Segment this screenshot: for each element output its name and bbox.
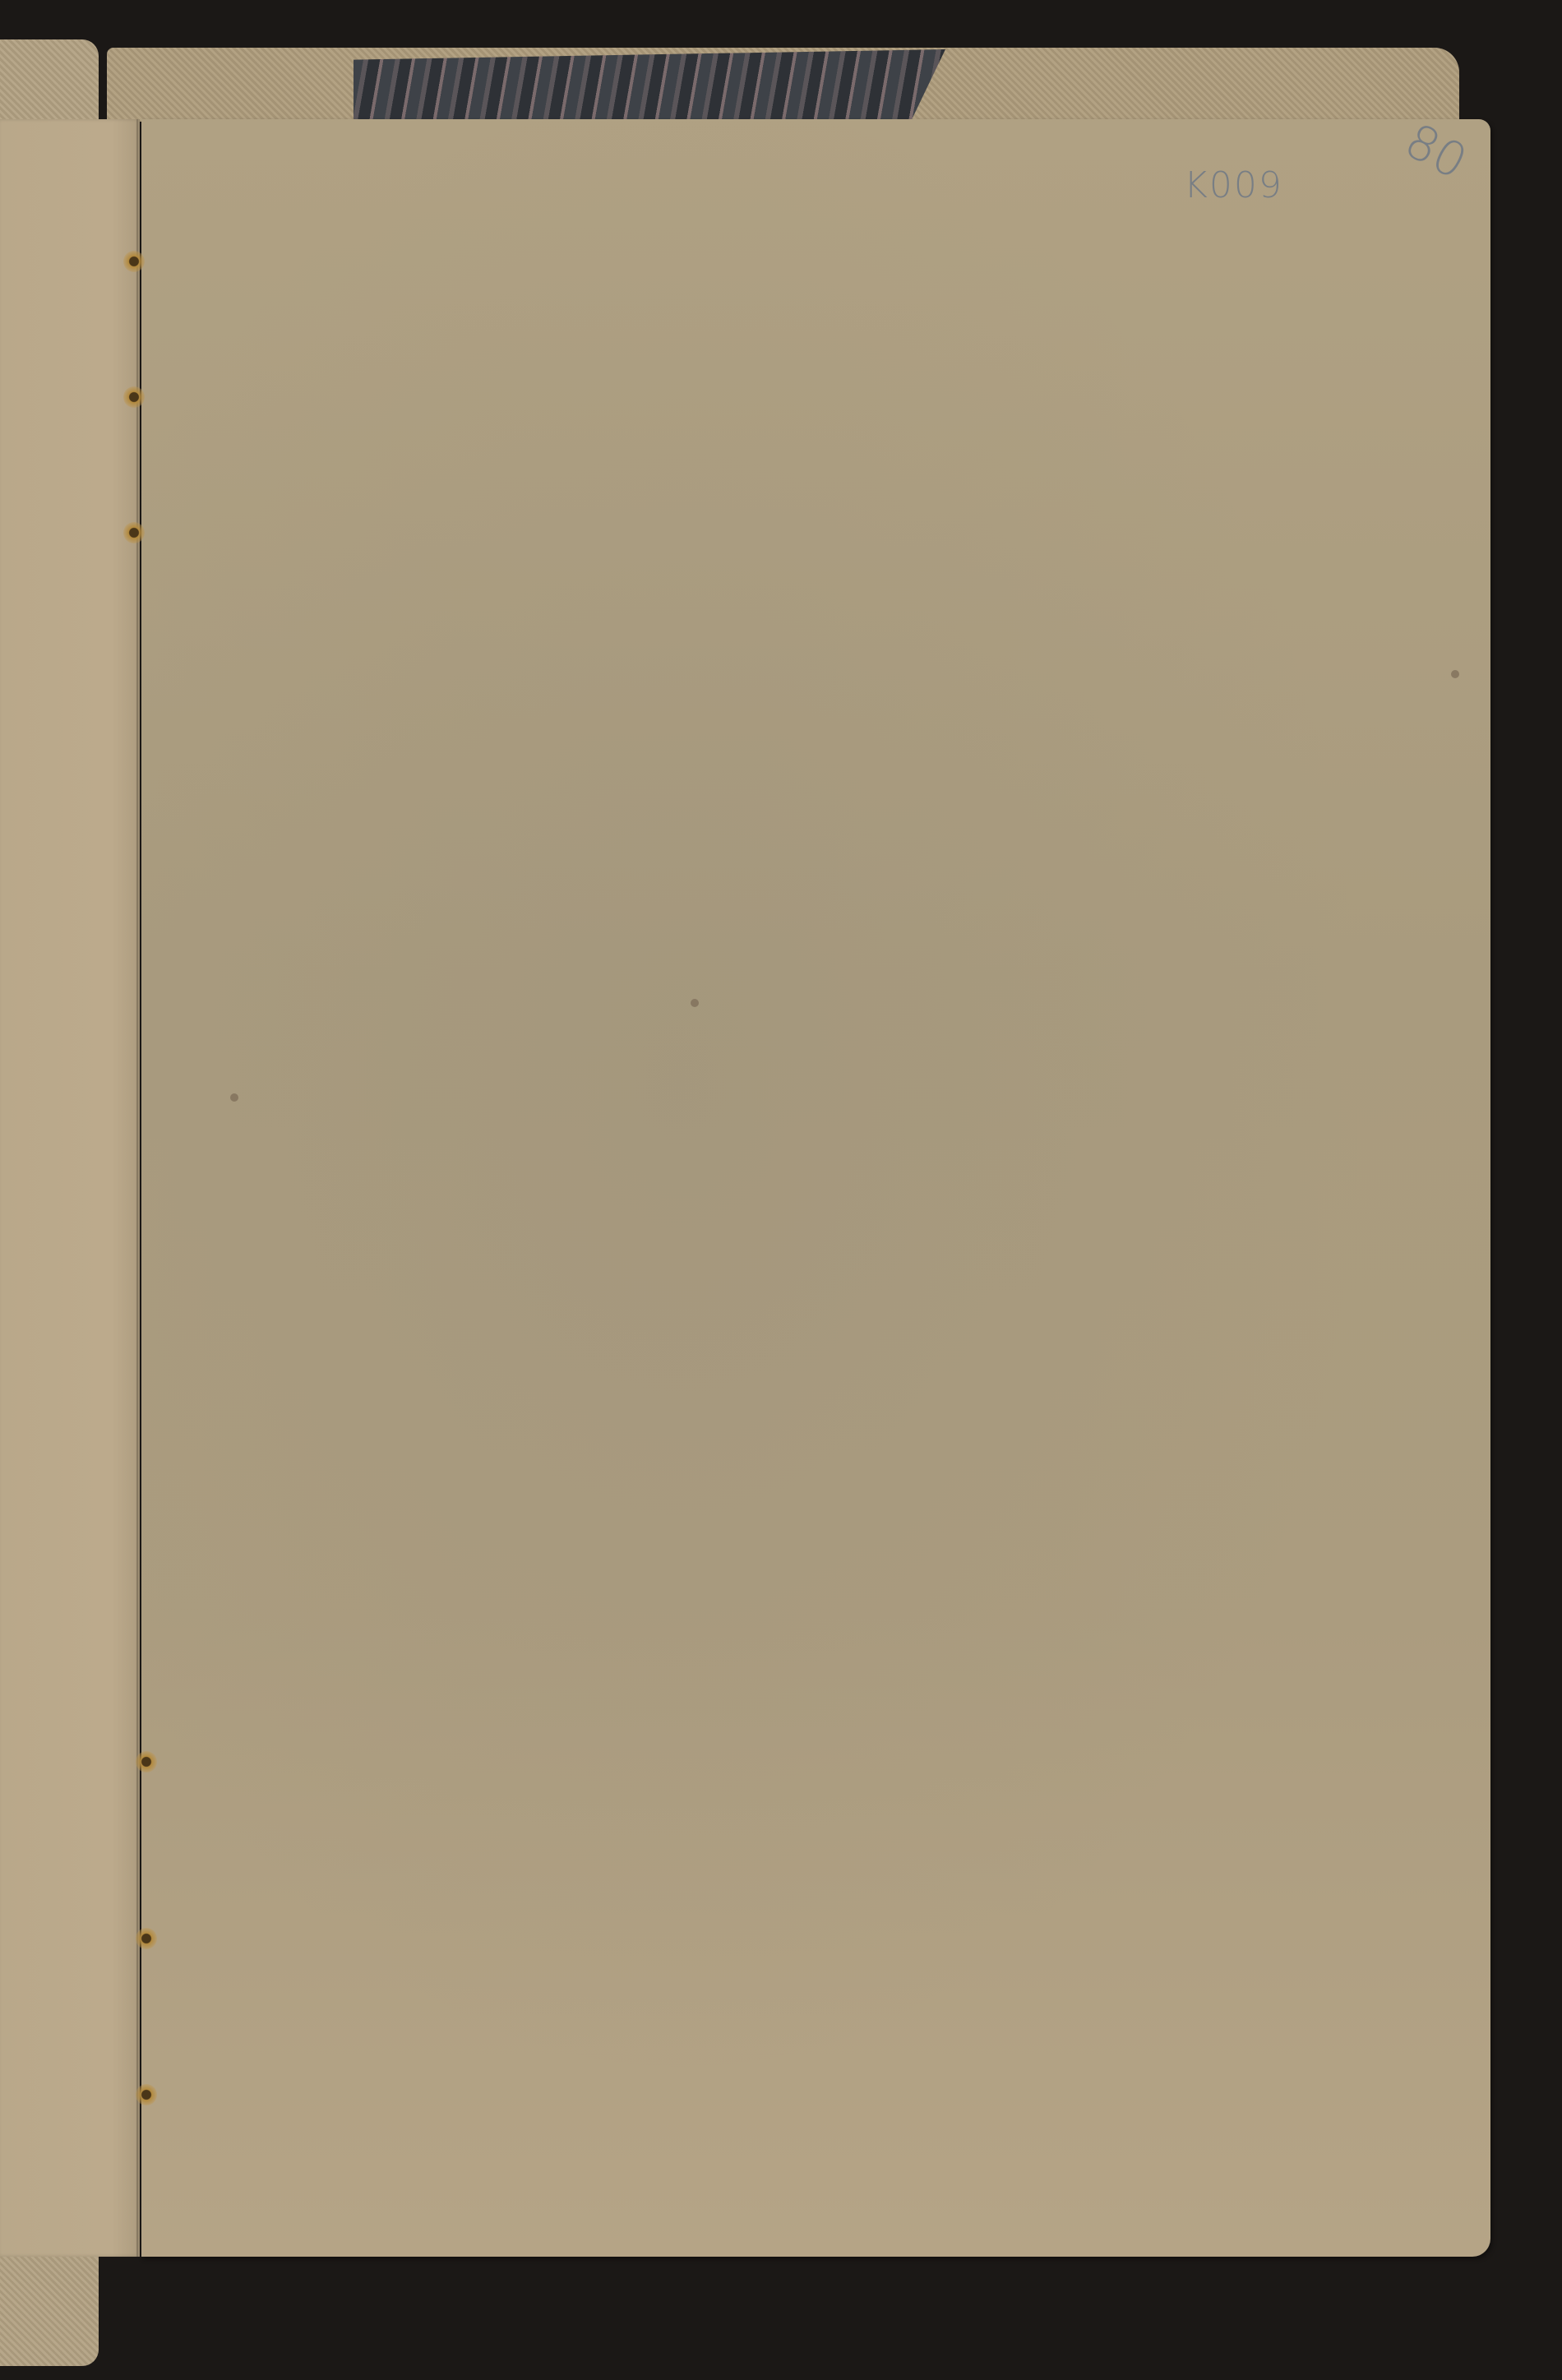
- paper-speck: [1451, 670, 1459, 678]
- blank-page: [141, 119, 1490, 2257]
- stitch-hole-icon: [136, 1928, 157, 1949]
- facing-page-edge: [0, 119, 140, 2257]
- book-cover-marbled-panel: [354, 49, 945, 123]
- stitch-hole-icon: [123, 386, 145, 408]
- catalog-mark: K009: [1184, 164, 1283, 206]
- stitch-hole-icon: [123, 522, 145, 543]
- paper-speck: [691, 999, 699, 1007]
- stitch-hole-icon: [123, 251, 145, 272]
- stitch-hole-icon: [136, 2084, 157, 2105]
- stitch-hole-icon: [136, 1751, 157, 1772]
- paper-speck: [230, 1093, 238, 1102]
